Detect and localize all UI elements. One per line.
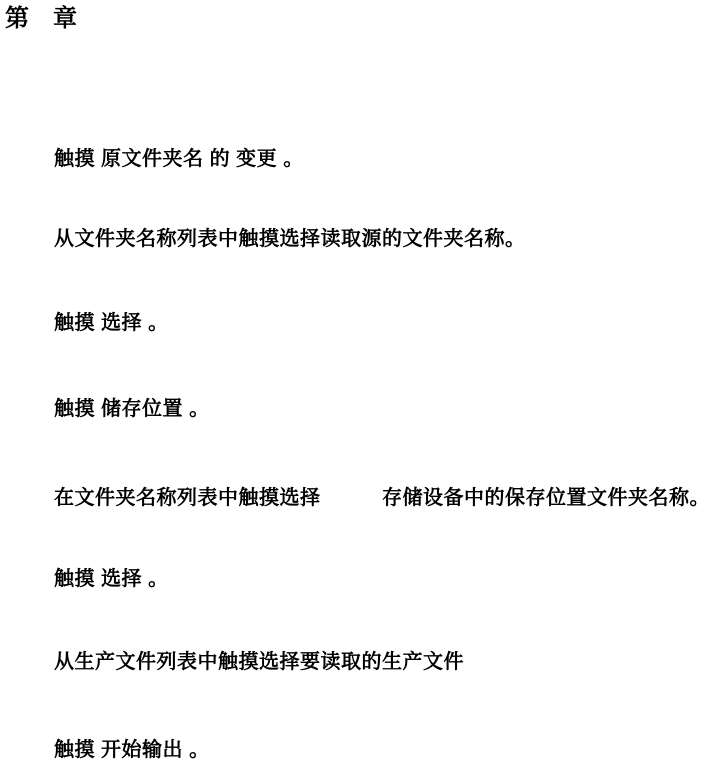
step-instruction-1: 触摸 原文件夹名 的 变更 。 [54, 146, 304, 172]
step-instruction-7: 从生产文件列表中触摸选择要读取的生产文件 [54, 649, 464, 675]
manual-document-page: 第 章 触摸 原文件夹名 的 变更 。 从文件夹名称列表中触摸选择读取源的文件夹… [0, 0, 706, 767]
step-instruction-3: 触摸 选择 。 [54, 310, 169, 336]
step-instruction-5: 在文件夹名称列表中触摸选择 存储设备中的保存位置文件夹名称。 [54, 485, 706, 511]
step-instruction-2: 从文件夹名称列表中触摸选择读取源的文件夹名称。 [54, 226, 526, 252]
chapter-heading: 第 章 [5, 4, 77, 34]
step-instruction-4: 触摸 储存位置 。 [54, 396, 210, 422]
step-instruction-6: 触摸 选择 。 [54, 566, 169, 592]
step-instruction-8: 触摸 开始输出 。 [54, 737, 210, 763]
